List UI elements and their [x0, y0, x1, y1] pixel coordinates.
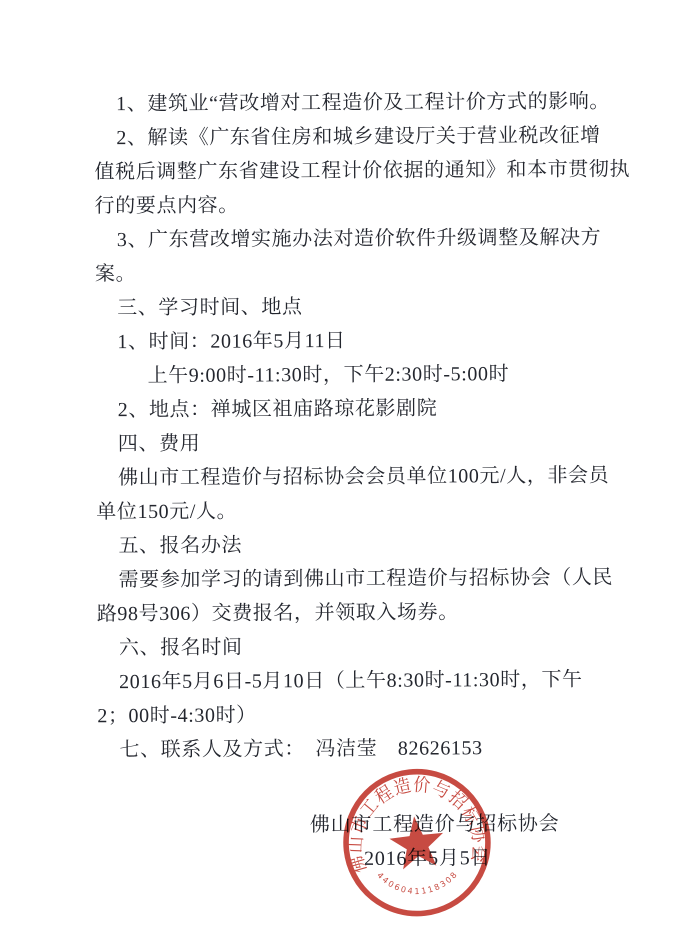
signature-org-name: 佛山市工程造价与招标协会 — [310, 807, 560, 837]
text-line: 2、解读《广东省住房和城乡建设厅关于营业税改征增 — [116, 119, 614, 156]
text-line: 2016年5月6日-5月10日（上午8:30时-11:30时，下午 — [119, 663, 617, 700]
text-line: 2、地点：禅城区祖庙路琼花影剧院 — [118, 391, 616, 428]
document-body: 1、建筑业“营改增对工程造价及工程计价方式的影响。2、解读《广东省住房和城乡建设… — [94, 85, 618, 768]
text-line: 行的要点内容。 — [95, 187, 615, 224]
text-line: 需要参加学习的请到佛山市工程造价与招标协会（人民 — [119, 561, 617, 598]
text-line: 三、学习时间、地点 — [117, 289, 615, 326]
text-line: 佛山市工程造价与招标协会会员单位100元/人，非会员 — [118, 459, 616, 496]
document-page: 1、建筑业“营改增对工程造价及工程计价方式的影响。2、解读《广东省住房和城乡建设… — [0, 0, 680, 928]
text-line: 2；00时-4:30时） — [97, 697, 617, 734]
text-line: 3、广东营改增实施办法对造价软件升级调整及解决方 — [117, 221, 615, 258]
text-line: 1、建筑业“营改增对工程造价及工程计价方式的影响。 — [116, 85, 614, 122]
text-line: 案。 — [95, 255, 615, 292]
signature-date: 2016年5月5日 — [364, 841, 491, 871]
text-line: 上午9:00时-11:30时，下午2:30时-5:00时 — [147, 357, 615, 393]
text-line: 值税后调整广东省建设工程计价依据的通知》和本市贯彻执 — [94, 153, 614, 190]
text-line: 四、费用 — [118, 425, 616, 462]
text-line: 七、联系人及方式： 冯洁莹 82626153 — [119, 731, 617, 768]
text-line: 单位150元/人。 — [96, 493, 616, 530]
text-line: 1、时间：2016年5月11日 — [117, 323, 615, 360]
text-line: 路98号306）交费报名，并领取入场券。 — [97, 595, 617, 632]
text-line: 六、报名时间 — [119, 629, 617, 666]
text-line: 五、报名办法 — [118, 527, 616, 564]
